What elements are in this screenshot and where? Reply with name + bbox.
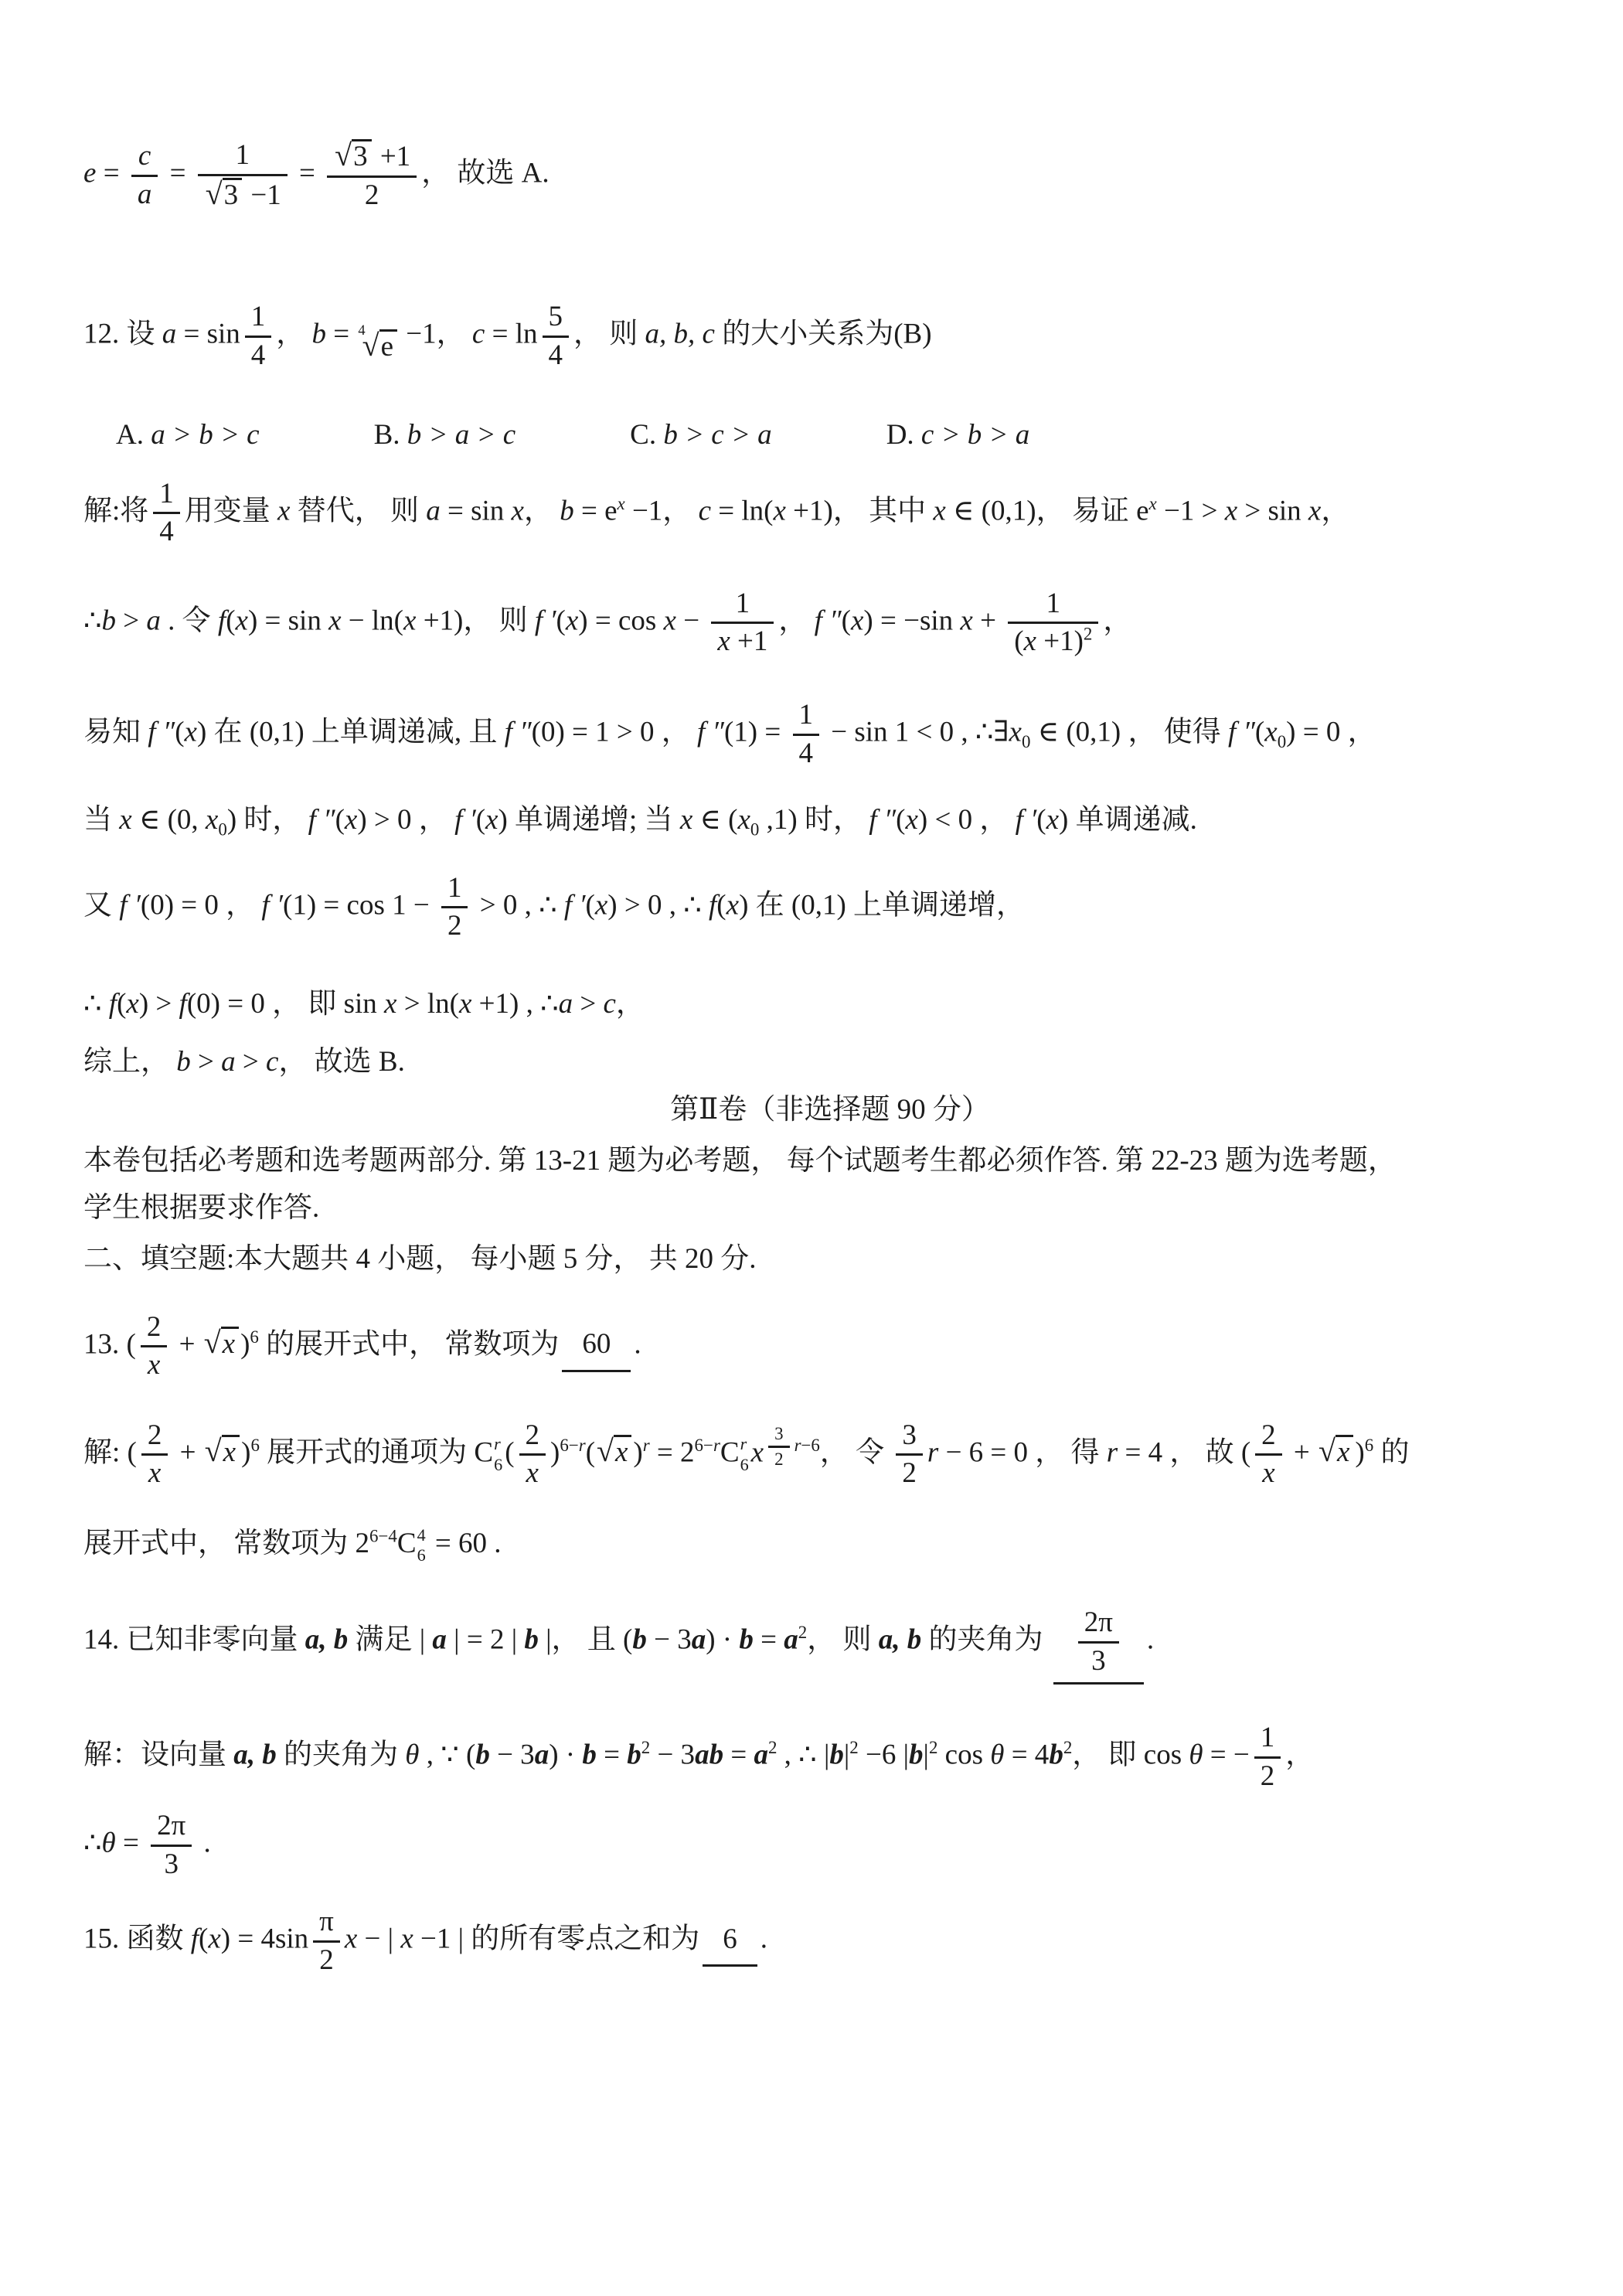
text-run: 学生根据要求作答.: [83, 1192, 319, 1224]
math-run: f ′: [1016, 804, 1037, 836]
stack-sub: 6: [494, 1455, 502, 1476]
math-run: f: [218, 605, 226, 636]
fraction: 14: [153, 478, 180, 549]
text-run: | = 2 |: [447, 1624, 524, 1656]
math-run: a, b, c: [645, 319, 715, 350]
text-run: 替代， 则: [290, 495, 426, 526]
math-run: f ″: [815, 605, 842, 636]
text-run: = 4: [1004, 1739, 1049, 1771]
superscript: 6: [250, 1327, 258, 1347]
text-run: = 2: [650, 1436, 695, 1468]
radical-sign-icon: √: [206, 178, 223, 210]
text-run: ∴: [83, 988, 109, 1020]
text-run: 2: [641, 1738, 650, 1757]
text-run: − ln(: [342, 605, 403, 636]
subscript: 0: [1022, 732, 1030, 751]
superscript: 2: [1063, 1738, 1072, 1757]
text-run: 解:将: [83, 495, 148, 526]
text-run: ，: [778, 605, 814, 636]
text-run: ): [1355, 1436, 1364, 1468]
line-q13: 13. (2x + √x)6 的展开式中， 常数项为60.: [83, 1311, 1577, 1382]
fraction-denominator: 2: [768, 1448, 789, 1470]
text-run: ，: [524, 495, 560, 526]
text-run: 6: [417, 1545, 426, 1565]
text-run: 6−: [695, 1436, 713, 1455]
math-run: x: [1308, 495, 1321, 526]
text-run: 12. 设: [83, 319, 162, 350]
math-run: x: [680, 804, 692, 836]
fraction-numerator: 2π: [1078, 1606, 1119, 1644]
fraction-numerator: 1: [198, 139, 288, 176]
text-run: (: [586, 1436, 595, 1468]
text-run: −1，: [625, 495, 699, 526]
math-run: f ′: [454, 804, 476, 836]
vector-run: b: [475, 1739, 490, 1771]
text-run: =: [292, 158, 322, 189]
text-run: ， 即 cos: [1072, 1739, 1189, 1771]
fraction-denominator: x: [1255, 1456, 1282, 1490]
text-run: (: [556, 605, 566, 636]
text-run: 1: [1046, 588, 1061, 619]
text-run: = sin: [441, 495, 512, 526]
fraction-numerator: 1: [153, 478, 180, 515]
text-run: 3: [164, 1848, 179, 1880]
text-run: ∈ (0,: [132, 804, 206, 836]
text-run: 1: [251, 301, 266, 332]
math-run: x: [208, 1923, 220, 1955]
math-run: x: [1262, 1457, 1274, 1489]
fraction-denominator: a: [131, 177, 158, 212]
fraction-denominator: x: [519, 1456, 546, 1490]
stack-sup: 4: [417, 1525, 426, 1546]
text-run: 6: [1365, 1436, 1373, 1455]
text-run: , ∵ (: [419, 1739, 475, 1771]
fraction-denominator: 2: [896, 1456, 923, 1490]
text-run: (: [896, 804, 905, 836]
radical-sign-icon: √: [1318, 1435, 1335, 1467]
math-run: x: [206, 804, 218, 836]
radical-body: e: [379, 329, 397, 363]
math-run: f ″: [697, 717, 724, 748]
text-run: − 3: [650, 1739, 695, 1771]
text-run: +1: [730, 625, 768, 657]
radical: √x: [597, 1435, 631, 1468]
radical-sign-icon: √: [597, 1435, 614, 1467]
text-run: 2π: [157, 1810, 185, 1841]
text-run: =: [162, 158, 192, 189]
fraction-numerator: 2: [141, 1311, 168, 1348]
math-run: x: [960, 605, 972, 636]
text-run: +: [172, 1328, 202, 1360]
line-sol12-4: 当 x ∈ (0, x0) 时， f ″(x) > 0 ， f ′(x) 单调递…: [83, 799, 1577, 841]
text-run: .: [1147, 1624, 1154, 1656]
text-run: >: [116, 605, 146, 636]
fraction-denominator: x: [141, 1456, 168, 1490]
radical-body: 3: [352, 139, 372, 172]
fraction: 1x +1: [711, 588, 774, 659]
text-run: ) = −sin: [863, 605, 960, 636]
math-run: f ′: [535, 605, 556, 636]
fraction-denominator: x +1: [711, 624, 774, 659]
text-run: (: [505, 1436, 514, 1468]
vector-run: a: [535, 1739, 550, 1771]
text-run: (0) = 0 ，: [141, 889, 262, 921]
radical-body: x: [221, 1327, 239, 1360]
math-run: c: [472, 319, 485, 350]
text-run: ) < 0 ，: [918, 804, 1016, 836]
fraction-denominator: (x +1)2: [1008, 624, 1098, 659]
text-run: 3: [902, 1419, 917, 1451]
radical: √3: [206, 178, 242, 211]
text-run: 6: [250, 1436, 259, 1455]
fraction-denominator: 3: [1078, 1644, 1119, 1678]
fraction: π2: [313, 1906, 340, 1977]
text-run: ) = sin: [248, 605, 328, 636]
math-run: x: [328, 605, 341, 636]
text-run: +: [172, 1436, 202, 1468]
text-run: 综上，: [83, 1046, 176, 1078]
math-run: x: [236, 605, 248, 636]
math-run: a: [138, 179, 152, 210]
text-run: (: [1255, 717, 1264, 748]
fraction: 1√3 −1: [198, 139, 288, 212]
text-run: ) 在 (0,1) 上单调递增，: [739, 889, 1025, 921]
text-run: 2: [1084, 625, 1092, 644]
text-run: π: [319, 1906, 334, 1937]
radical-sign-icon: √: [204, 1327, 221, 1359]
vector-run: a, b: [233, 1739, 277, 1771]
text-run: (: [1014, 625, 1023, 657]
stack-sub: 6: [417, 1545, 426, 1566]
text-run: (: [226, 605, 235, 636]
math-run: x: [1225, 495, 1237, 526]
subscript: 0: [218, 820, 226, 840]
text-run: 4: [549, 339, 563, 371]
text-run: ) 在 (0,1) 上单调递减, 且: [197, 717, 505, 748]
math-run: c > b > a: [921, 419, 1029, 451]
fraction-numerator: 1: [1254, 1722, 1281, 1759]
math-run: f ″: [869, 804, 896, 836]
text-run: −1，: [399, 319, 472, 350]
text-run: 用变量: [185, 495, 277, 526]
fraction-numerator: 1: [793, 699, 820, 736]
text-run: −: [676, 605, 706, 636]
text-run: 1: [799, 699, 814, 731]
text-run: 易知: [83, 717, 148, 748]
line-q12: 12. 设 a = sin14， b = 4√e −1， c = ln54， 则…: [83, 301, 1577, 372]
text-run: = −: [1203, 1739, 1250, 1771]
vector-run: a: [432, 1624, 447, 1656]
text-run: B.: [374, 419, 407, 451]
fraction: 2x: [519, 1419, 546, 1490]
fraction-numerator: 2: [141, 1419, 168, 1456]
line-options: A. a > b > cB. b > a > cC. b > c > aD. c…: [83, 414, 1577, 456]
text-run: 第Ⅱ卷（非选择题 90 分）: [670, 1094, 990, 1126]
text-run: ，: [1321, 495, 1349, 526]
text-run: ) 时，: [227, 804, 308, 836]
math-run: x: [345, 804, 357, 836]
text-run: ) = 0 ，: [1286, 717, 1376, 748]
math-run: b > a > c: [407, 419, 515, 451]
radical-body: x: [222, 1435, 240, 1468]
text-run: 3: [353, 141, 368, 172]
text-run: − 3: [490, 1739, 535, 1771]
math-run: x: [905, 804, 917, 836]
text-run: ): [241, 1436, 250, 1468]
text-run: −6 |: [859, 1739, 909, 1771]
text-run: = 60 .: [428, 1528, 502, 1559]
text-run: (0) = 0 ， 即 sin: [187, 988, 384, 1020]
stack-sub: 6: [740, 1455, 749, 1476]
math-run: x: [595, 889, 607, 921]
vector-run: b: [632, 1624, 647, 1656]
text-run: ) >: [139, 988, 179, 1020]
text-run: =: [96, 158, 126, 189]
text-run: (: [1036, 804, 1046, 836]
math-run: x: [1024, 625, 1036, 657]
fraction-numerator: 1: [245, 301, 272, 338]
text-run: 4: [799, 738, 814, 769]
text-run: −1: [243, 179, 281, 211]
superscript: 6: [1365, 1436, 1373, 1455]
text-run: A.: [116, 419, 151, 451]
radical: √3: [335, 139, 371, 172]
text-run: 4: [251, 339, 266, 371]
fraction: 2x: [141, 1419, 168, 1490]
line-sol12-6: ∴ f(x) > f(0) = 0 ， 即 sin x > ln(x +1) ,…: [83, 983, 1577, 1025]
line-sol12-3: 易知 f ″(x) 在 (0,1) 上单调递减, 且 f ″(0) = 1 > …: [83, 699, 1577, 770]
radical: √x: [205, 1435, 240, 1468]
text-run: ，: [616, 988, 645, 1020]
math-run: r: [794, 1436, 801, 1455]
math-run: f ″: [148, 717, 175, 748]
fraction-numerator: 2π: [151, 1810, 192, 1847]
text-run: 解：设向量: [83, 1739, 233, 1771]
text-run: 0: [750, 820, 759, 840]
math-run: x: [148, 1457, 161, 1489]
text-run: − sin 1 < 0 , ∴∃: [824, 717, 1009, 748]
text-run: +1)， 其中: [786, 495, 933, 526]
fraction-numerator: 3: [896, 1419, 923, 1456]
text-run: 2: [902, 1457, 917, 1489]
fraction-numerator: 2: [1255, 1419, 1282, 1456]
exam-solution-page: e = ca = 1√3 −1 = √3 +12， 故选 A.12. 设 a =…: [0, 0, 1623, 2296]
math-run: r: [494, 1434, 501, 1453]
text-run: ∈ (0,1) ， 使得: [1030, 717, 1228, 748]
math-run: x: [1046, 804, 1059, 836]
vector-run: a, b: [305, 1624, 349, 1656]
underlined-answer: 6: [703, 1919, 757, 1967]
text-run: 15. 函数: [83, 1923, 191, 1955]
text-run: ) ·: [549, 1739, 582, 1771]
sup-sub-stack: 46: [417, 1525, 426, 1566]
radical-sign-icon: √: [205, 1435, 222, 1467]
fraction-denominator: 4: [153, 514, 180, 549]
text-run: ∴: [83, 605, 102, 636]
text-run: 2: [148, 1419, 162, 1451]
math-run: r: [927, 1436, 938, 1468]
radical-body: x: [1335, 1435, 1353, 1468]
math-run: a: [162, 319, 177, 350]
fraction: 12: [1254, 1722, 1281, 1793]
math-run: θ: [1189, 1739, 1203, 1771]
text-run: ， 则: [807, 1624, 879, 1656]
text-run: ， 则: [573, 319, 645, 350]
text-run: 2: [447, 910, 462, 942]
math-run: x: [1337, 1436, 1349, 1468]
text-run: 6: [250, 1327, 258, 1347]
text-run: C: [720, 1436, 740, 1468]
text-run: − |: [357, 1923, 400, 1955]
sup-sub-stack: r6: [494, 1434, 502, 1475]
radical: √x: [204, 1327, 239, 1360]
text-run: D.: [886, 419, 921, 451]
math-run: x: [400, 1923, 413, 1955]
text-run: ，: [1285, 1739, 1314, 1771]
text-run: |， 且 (: [539, 1624, 632, 1656]
math-run: f ″: [308, 804, 335, 836]
fraction: 12: [441, 872, 468, 943]
math-run: x: [485, 804, 498, 836]
math-run: θ: [102, 1828, 116, 1859]
text-run: ∴: [83, 1828, 102, 1859]
radical-sign-icon: √: [335, 139, 352, 172]
fraction: 2π3: [1078, 1606, 1119, 1678]
superscript: 6: [250, 1436, 259, 1455]
math-run: f ″: [505, 717, 532, 748]
math-run: x: [1264, 717, 1277, 748]
text-run: ， 故选 A.: [421, 158, 549, 189]
superscript: 2: [929, 1738, 937, 1757]
vector-run: b: [909, 1739, 924, 1771]
text-run: −1 >: [1157, 495, 1225, 526]
stack-sup: r: [740, 1434, 749, 1455]
text-run: 的夹角为: [277, 1739, 406, 1771]
math-run: x: [717, 625, 730, 657]
text-run: (1) = cos 1 −: [283, 889, 437, 921]
text-run: = ln(: [711, 495, 773, 526]
text-run: −6: [801, 1436, 820, 1455]
text-run: cos: [937, 1739, 990, 1771]
text-run: (0) = 1 > 0 ，: [532, 717, 697, 748]
text-run: 60: [582, 1328, 611, 1360]
math-run: r: [1107, 1436, 1118, 1468]
text-run: ∈ (0,1)， 易证 e: [946, 495, 1149, 526]
superscript: 2: [641, 1738, 650, 1757]
radical: 4√e: [358, 329, 397, 363]
fraction-denominator: 3: [151, 1847, 192, 1882]
math-run: f: [179, 988, 187, 1020]
math-run: x: [751, 1436, 764, 1468]
text-run: ): [240, 1328, 250, 1360]
text-run: 2: [929, 1738, 937, 1757]
math-run: c: [603, 988, 615, 1020]
math-run: x: [148, 1349, 160, 1381]
vector-run: a: [784, 1624, 798, 1656]
text-run: .: [196, 1828, 211, 1859]
text-run: = 4 ， 故 (: [1118, 1436, 1250, 1468]
text-run: +1: [373, 141, 411, 172]
math-run: b: [560, 495, 574, 526]
text-run: 0: [1022, 732, 1030, 751]
math-run: c: [699, 495, 711, 526]
superscript: 6−r: [560, 1436, 585, 1455]
text-run: =: [597, 1739, 627, 1771]
text-run: 展开式的通项为 C: [260, 1436, 493, 1468]
text-run: 2: [1261, 1419, 1276, 1451]
text-run: ) > 0 , ∴: [607, 889, 709, 921]
line-q14: 14. 已知非零向量 a, b 满足 | a | = 2 | b |， 且 (b…: [83, 1606, 1577, 1685]
line-sol13-2: 展开式中， 常数项为 26−4C46 = 60 .: [83, 1523, 1577, 1566]
text-run: (1) =: [724, 717, 788, 748]
fraction-numerator: 1: [711, 588, 774, 625]
math-run: x: [119, 804, 131, 836]
text-run: (: [476, 804, 485, 836]
subscript: 0: [1278, 732, 1286, 751]
text-run: 2: [319, 1944, 334, 1976]
text-run: −1 | 的所有零点之和为: [413, 1923, 700, 1955]
math-run: a: [221, 1046, 236, 1078]
text-run: ，: [276, 319, 311, 350]
superscript: x: [618, 494, 625, 513]
math-run: θ: [990, 1739, 1004, 1771]
vector-run: b: [829, 1739, 844, 1771]
text-run: − 6 = 0 ， 得: [938, 1436, 1106, 1468]
fraction-numerator: 1: [1008, 588, 1098, 625]
text-run: C: [397, 1528, 417, 1559]
math-run: b: [176, 1046, 191, 1078]
math-run: c: [266, 1046, 278, 1078]
text-run: 6: [494, 1455, 502, 1474]
math-run: x: [526, 1457, 539, 1489]
math-run: f ′: [261, 889, 283, 921]
text-run: 本卷包括必考题和选考题两部分. 第 13-21 题为必考题， 每个试题考生都必须…: [83, 1145, 1397, 1177]
text-run: 0: [218, 820, 226, 840]
text-run: ) > 0 ，: [357, 804, 454, 836]
math-run: x: [726, 889, 739, 921]
document-content: e = ca = 1√3 −1 = √3 +12， 故选 A.12. 设 a =…: [83, 139, 1577, 1977]
fraction-denominator: 2: [313, 1943, 340, 1977]
text-run: > 0 , ∴: [472, 889, 563, 921]
math-run: x: [459, 988, 471, 1020]
text-run: = ln: [485, 319, 537, 350]
text-run: 的: [1373, 1436, 1409, 1468]
text-run: =: [754, 1624, 784, 1656]
text-run: =: [723, 1739, 754, 1771]
vector-run: b: [627, 1739, 641, 1771]
math-run: x: [126, 988, 138, 1020]
math-run: b > c > a: [663, 419, 771, 451]
text-run: 3: [224, 179, 239, 211]
text-run: . 令: [161, 605, 218, 636]
math-run: f: [709, 889, 716, 921]
text-run: 1: [159, 478, 174, 509]
math-run: θ: [405, 1739, 419, 1771]
fraction: 14: [245, 301, 272, 372]
math-run: f ′: [564, 889, 586, 921]
text-run: ) 单调递减.: [1059, 804, 1197, 836]
text-run: 二、填空题:本大题共 4 小题， 每小题 5 分， 共 20 分.: [83, 1243, 757, 1275]
underlined-answer: 60: [562, 1323, 631, 1372]
fraction: 2x: [141, 1311, 168, 1382]
text-run: .: [634, 1328, 641, 1360]
math-run: c: [138, 140, 151, 172]
line-sol12-7: 综上， b > a > c， 故选 B.: [83, 1041, 1577, 1083]
math-run: x: [618, 494, 625, 513]
fraction-numerator: 1: [441, 872, 468, 909]
text-run: 的展开式中， 常数项为: [259, 1328, 560, 1360]
fraction-denominator: 2: [441, 908, 468, 943]
